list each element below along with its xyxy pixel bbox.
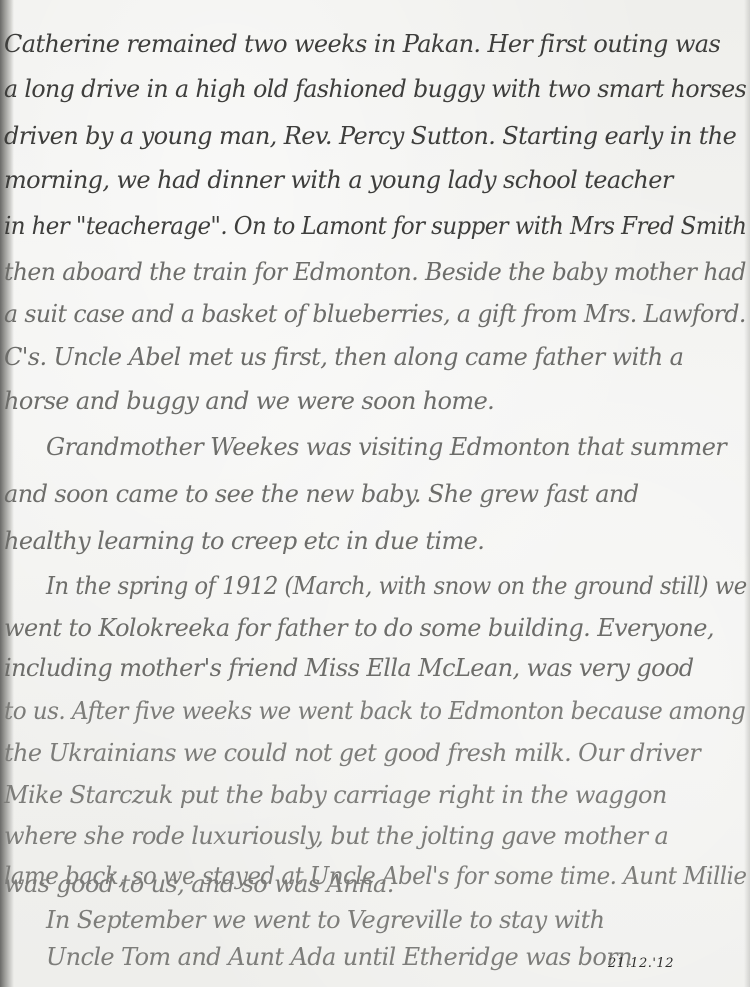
page-edge [744, 0, 750, 987]
handwritten-line: horse and buggy and we were soon home. [4, 387, 494, 415]
handwritten-line: including mother's friend Miss Ella McLe… [4, 654, 694, 682]
handwritten-line: was good to us, and so was Anna. [4, 870, 394, 898]
handwritten-line: Mike Starczuk put the baby carriage righ… [4, 781, 667, 809]
handwritten-line: Catherine remained two weeks in Pakan. H… [4, 30, 720, 58]
handwritten-line: driven by a young man, Rev. Percy Sutton… [4, 122, 736, 150]
handwritten-line: to us. After five weeks we went back to … [4, 697, 745, 725]
handwritten-line: went to Kolokreeka for father to do some… [4, 614, 714, 642]
handwritten-line: Grandmother Weekes was visiting Edmonton… [46, 433, 726, 461]
handwritten-line: In the spring of 1912 (March, with snow … [46, 572, 747, 600]
handwritten-line: a long drive in a high old fashioned bug… [4, 75, 746, 103]
handwritten-line: Uncle Tom and Aunt Ada until Etheridge w… [46, 943, 632, 971]
handwritten-line: C's. Uncle Abel met us first, then along… [4, 343, 683, 371]
handwritten-line: and soon came to see the new baby. She g… [4, 480, 639, 508]
handwritten-line: In September we went to Vegreville to st… [46, 906, 605, 934]
handwritten-line: healthy learning to creep etc in due tim… [4, 527, 484, 555]
document-page: Catherine remained two weeks in Pakan. H… [0, 0, 750, 987]
handwritten-line: morning, we had dinner with a young lady… [4, 166, 673, 194]
handwritten-line: then aboard the train for Edmonton. Besi… [4, 258, 746, 286]
handwritten-line: the Ukrainians we could not get good fre… [4, 739, 700, 767]
handwritten-line: in her "teacherage". On to Lamont for su… [4, 212, 746, 240]
handwritten-line: a suit case and a basket of blueberries,… [4, 300, 746, 328]
margin-date-note: 21.12.'12 [608, 956, 674, 971]
handwritten-line: where she rode luxuriously, but the jolt… [4, 822, 668, 850]
